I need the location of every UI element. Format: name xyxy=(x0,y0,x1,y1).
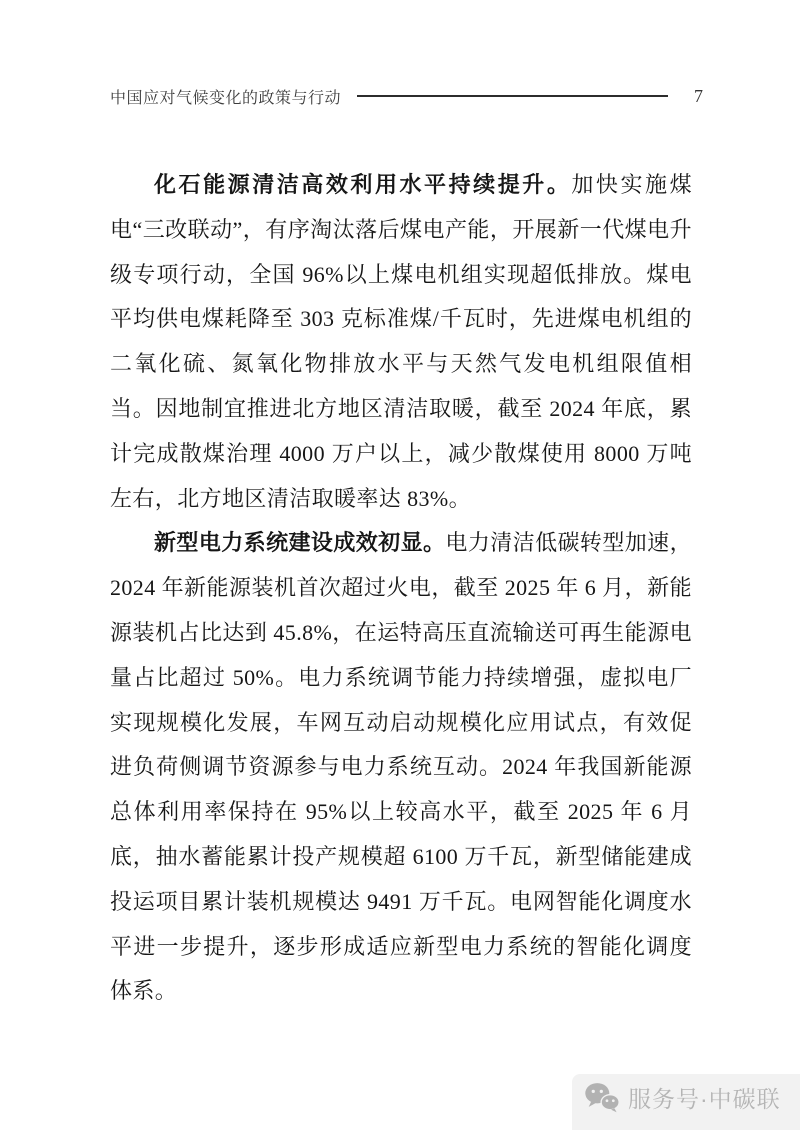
paragraph-lead: 新型电力系统建设成效初显。 xyxy=(154,530,445,555)
paragraph-fossil-energy: 化石能源清洁高效利用水平持续提升。加快实施煤电“三改联动”，有序淘汰落后煤电产能… xyxy=(110,163,692,521)
header-rule xyxy=(357,95,668,97)
paragraph-text: 电力清洁低碳转型加速，2024 年新能源装机首次超过火电，截至 2025 年 6… xyxy=(110,530,692,1003)
watermark-badge: 服务号·中碳联 xyxy=(572,1074,800,1130)
watermark-label: 服务号·中碳联 xyxy=(628,1081,781,1114)
page-number: 7 xyxy=(694,86,703,107)
paragraph-lead: 化石能源清洁高效利用水平持续提升。 xyxy=(154,172,571,197)
document-page: 中国应对气候变化的政策与行动 7 化石能源清洁高效利用水平持续提升。加快实施煤电… xyxy=(0,0,800,1130)
document-body: 化石能源清洁高效利用水平持续提升。加快实施煤电“三改联动”，有序淘汰落后煤电产能… xyxy=(110,163,692,1014)
paragraph-text: 加快实施煤电“三改联动”，有序淘汰落后煤电产能，开展新一代煤电升级专项行动，全国… xyxy=(110,172,692,511)
running-header: 中国应对气候变化的政策与行动 7 xyxy=(110,84,703,108)
paragraph-power-system: 新型电力系统建设成效初显。电力清洁低碳转型加速，2024 年新能源装机首次超过火… xyxy=(110,521,692,1014)
header-title: 中国应对气候变化的政策与行动 xyxy=(110,85,341,108)
wechat-icon xyxy=(584,1082,620,1113)
